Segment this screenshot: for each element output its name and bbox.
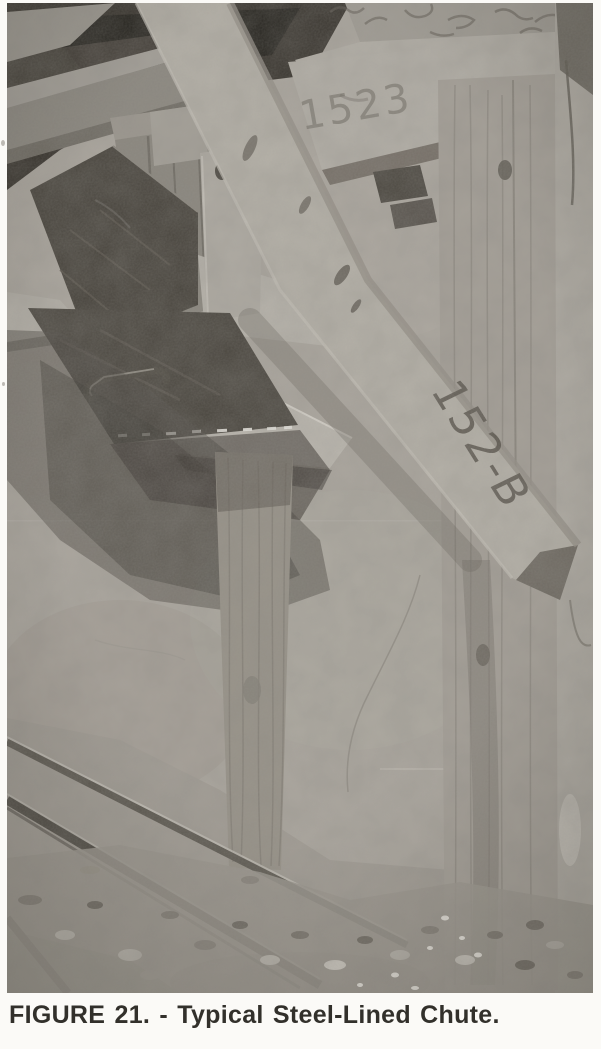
scan-speck — [2, 382, 5, 386]
report-page: 1523 — [0, 0, 601, 1049]
figure-caption: FIGURE 21. - Typical Steel-Lined Chute. — [9, 1001, 595, 1030]
chute-photograph: 1523 — [7, 3, 593, 993]
photo-vignette — [7, 3, 593, 993]
scan-speck — [1, 140, 5, 146]
